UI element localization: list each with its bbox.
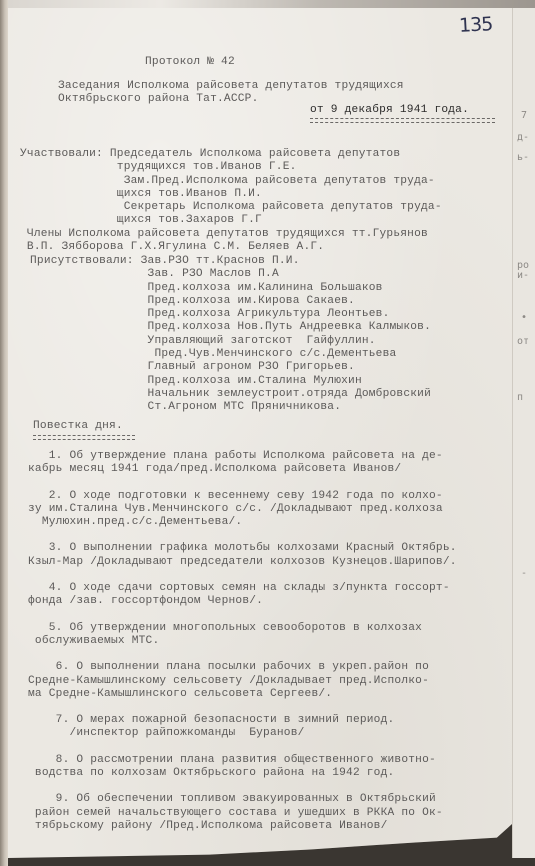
agenda-item-1: 1. Об утверждение плана работы Исполкома… [28, 450, 457, 477]
agenda-line: 8. О рассмотрении плана развития обществ… [28, 754, 436, 766]
edge-fragment: и- [517, 270, 529, 281]
attendees-line: Ст.Агроном МТС Пряничникова. [30, 401, 341, 413]
folio-number: 135 [458, 13, 492, 37]
agenda-list: 1. Об утверждение плана работы Исполкома… [28, 450, 457, 846]
agenda-line: 5. Об утверждении многопольных севооборо… [28, 622, 422, 634]
agenda-line: водства по колхозам Октябрьского района … [28, 767, 394, 779]
agenda-line: Мулюхин.пред.с/с.Дементьева/. [28, 516, 242, 528]
agenda-heading: Повестка дня. [33, 420, 123, 433]
edge-fragment: д- [517, 132, 529, 143]
agenda-item-6: 6. О выполнении плана посылки рабочих в … [28, 661, 457, 701]
participants-line: Члены Исполкома райсовета депутатов труд… [20, 228, 428, 240]
edge-fragment: - [521, 568, 527, 579]
agenda-line: /инспектор райпожкоманды Буранов/ [28, 727, 305, 739]
attendees-line: Пред.колхоза Агрикультура Леонтьев. [30, 308, 390, 320]
attendees-line: Управляющий заготскот Гайфуллин. [30, 335, 376, 347]
participants-section: Участвовали: Председатель Исполкома райс… [20, 148, 442, 254]
participants-line: Секретарь Исполкома райсовета депутатов … [20, 201, 442, 213]
attendees-line: Пред.колхоза им.Сталина Мулюхин [30, 375, 362, 387]
agenda-item-4: 4. О ходе сдачи сортовых семян на склады… [28, 582, 457, 609]
edge-fragment: • [521, 312, 527, 323]
agenda-line: фонда /зав. госсортфондом Чернов/. [28, 595, 263, 607]
agenda-item-3: 3. О выполнении графика молотьбы колхоза… [28, 542, 457, 569]
attendees-line: Начальник землеустроит.отряда Домбровски… [30, 388, 431, 400]
participants-line: В.П. Зябборова Г.Х.Ягулина С.М. Беляев А… [20, 241, 324, 253]
edge-fragment: 7 [521, 110, 527, 121]
agenda-line: 1. Об утверждение плана работы Исполкома… [28, 450, 443, 462]
participants-line: Зам.Пред.Исполкома райсовета депутатов т… [20, 175, 435, 187]
agenda-line: 2. О ходе подготовки к весеннему севу 19… [28, 490, 443, 502]
agenda-line: ма Средне-Камышлинского сельсовета Серге… [28, 688, 332, 700]
agenda-line: Средне-Камышлинскому сельсовету /Доклады… [28, 675, 429, 687]
attendees-section: Присутствовали: Зав.РЗО тт.Краснов П.И. … [30, 255, 431, 415]
subtitle-line: Октябрьского района Тат.АССР. [58, 93, 259, 105]
agenda-item-5: 5. Об утверждении многопольных севооборо… [28, 622, 457, 649]
participants-line: щихся тов.Иванов П.И. [20, 188, 262, 200]
agenda-line: зу им.Сталина Чув.Менчинского с/с. /Докл… [28, 503, 443, 515]
adjacent-page-edge: 7 д- ь- ро и- • от п - [512, 8, 535, 858]
agenda-line: обслуживаемых МТС. [28, 635, 159, 647]
attendees-line: Зав. РЗО Маслов П.А [30, 268, 279, 280]
agenda-line: 9. Об обеспечении топливом эвакуированны… [28, 793, 436, 805]
edge-fragment: от [517, 336, 529, 347]
agenda-line: 3. О выполнении графика молотьбы колхоза… [28, 542, 457, 554]
attendees-line: Пред.колхоза им.Кирова Сакаев. [30, 295, 355, 307]
attendees-line: Пред.колхоза Нов.Путь Андреевка Калмыков… [30, 321, 431, 333]
agenda-line: Кзыл-Мар /Докладывают председатели колхо… [28, 556, 457, 568]
document-date: от 9 декабря 1941 года. [310, 104, 469, 117]
subtitle-line: Заседания Исполкома райсовета депутатов … [58, 80, 404, 92]
edge-fragment: ь- [517, 152, 529, 163]
participants-line: Участвовали: Председатель Исполкома райс… [20, 148, 400, 160]
agenda-item-7: 7. О мерах пожарной безопасности в зимни… [28, 714, 457, 741]
agenda-line: тябрьскому району /Пред.Исполкома райсов… [28, 820, 388, 832]
scanner-top-edge [0, 0, 535, 8]
attendees-line: Пред.Чув.Менчинского с/с.Дементьева [30, 348, 396, 360]
agenda-item-8: 8. О рассмотрении плана развития обществ… [28, 754, 457, 781]
agenda-line: район семей начальствующего состава и уш… [28, 807, 443, 819]
agenda-line: 4. О ходе сдачи сортовых семян на склады… [28, 582, 450, 594]
agenda-line: 7. О мерах пожарной безопасности в зимни… [28, 714, 394, 726]
agenda-item-2: 2. О ходе подготовки к весеннему севу 19… [28, 490, 457, 530]
document-title: Протокол № 42 [145, 56, 235, 69]
participants-line: щихся тов.Захаров Г.Г [20, 214, 262, 226]
agenda-line: кабрь месяц 1941 года/пред.Исполкома рай… [28, 463, 401, 475]
attendees-line: Пред.колхоза им.Калинина Большаков [30, 282, 383, 294]
binding-edge [0, 0, 8, 866]
document-subtitle: Заседания Исполкома райсовета депутатов … [58, 80, 404, 107]
agenda-line: 6. О выполнении плана посылки рабочих в … [28, 661, 429, 673]
agenda-heading-underline [33, 435, 135, 440]
agenda-item-9: 9. Об обеспечении топливом эвакуированны… [28, 793, 457, 833]
edge-fragment: п [517, 392, 523, 403]
participants-line: трудящихся тов.Иванов Г.Е. [20, 161, 297, 173]
attendees-line: Главный агроном РЗО Григорьев. [30, 361, 355, 373]
date-underline [310, 118, 495, 123]
attendees-line: Присутствовали: Зав.РЗО тт.Краснов П.И. [30, 255, 300, 267]
